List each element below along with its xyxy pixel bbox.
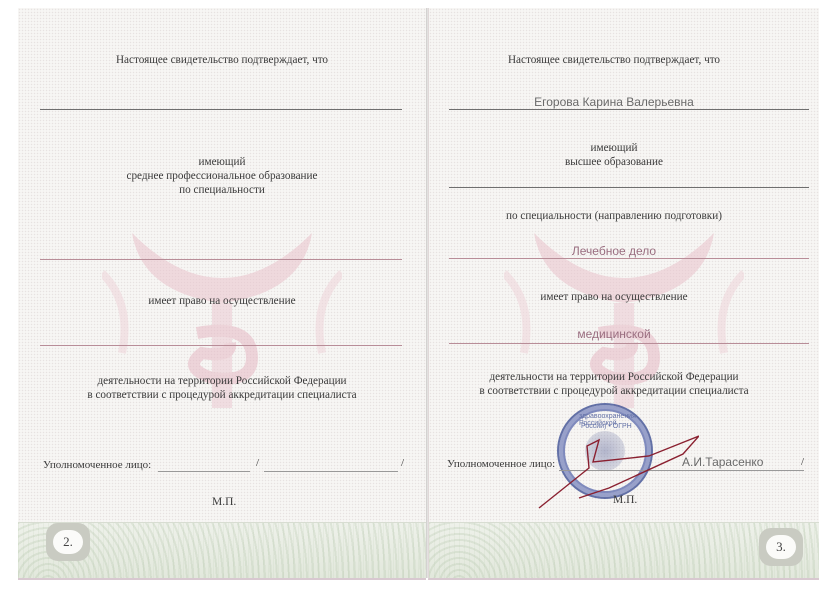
activity-value: медицинской	[428, 327, 819, 341]
having-line-1: имеющий	[18, 155, 426, 169]
specialty-label: по специальности (направлению подготовки…	[428, 209, 819, 223]
territory-line-2: в соответствии с процедурой аккредитации…	[428, 384, 819, 398]
slash: /	[256, 457, 259, 469]
specialty-value: Лечебное дело	[428, 244, 819, 258]
page-number: 3.	[766, 535, 796, 559]
stamp-text-mid: России) • ОГРН	[581, 423, 632, 430]
signatory-name: А.И.Тарасенко	[682, 455, 763, 469]
page-number-badge: 2.	[46, 523, 90, 561]
page-number: 2.	[53, 530, 83, 554]
territory-line-2: в соответствии с процедурой аккредитации…	[18, 388, 426, 402]
signatory-label: Уполномоченное лицо:	[43, 459, 151, 471]
activity-line	[40, 345, 402, 346]
having-line-2: среднее профессиональное образование	[18, 169, 426, 183]
having-line-2: высшее образование	[428, 155, 819, 169]
seal-place-label: М.П.	[212, 496, 236, 508]
certificate-page-2: Настоящее свидетельство подтверждает, чт…	[18, 8, 426, 580]
holder-name-line	[40, 109, 402, 110]
signature-line	[158, 471, 250, 472]
official-seal-stamp: здравоохранения Российской России) • ОГР…	[557, 403, 653, 499]
right-to-text: имеет право на осуществление	[18, 294, 426, 308]
having-line-3: по специальности	[18, 183, 426, 197]
slash-end: /	[801, 456, 804, 468]
signature-line	[559, 470, 804, 471]
specialty-line	[449, 258, 809, 259]
activity-line	[449, 343, 809, 344]
signatory-label: Уполномоченное лицо:	[447, 458, 555, 470]
territory-line-1: деятельности на территории Российской Фе…	[18, 374, 426, 388]
certificate-page-3: Настоящее свидетельство подтверждает, чт…	[428, 8, 819, 580]
coat-of-arms-icon	[585, 431, 625, 471]
education-line	[449, 187, 809, 188]
slash-end: /	[401, 457, 404, 469]
territory-line-1: деятельности на территории Российской Фе…	[428, 370, 819, 384]
signatory-name-line	[264, 471, 398, 472]
holder-name-line	[449, 109, 809, 110]
holder-name: Егорова Карина Валерьевна	[428, 95, 819, 109]
having-line-1: имеющий	[428, 141, 819, 155]
intro-text: Настоящее свидетельство подтверждает, чт…	[18, 53, 426, 67]
specialty-line	[40, 259, 402, 260]
right-to-text: имеет право на осуществление	[428, 290, 819, 304]
seal-place-label: М.П.	[613, 494, 637, 506]
intro-text: Настоящее свидетельство подтверждает, чт…	[428, 53, 819, 67]
page-number-badge: 3.	[759, 528, 803, 566]
